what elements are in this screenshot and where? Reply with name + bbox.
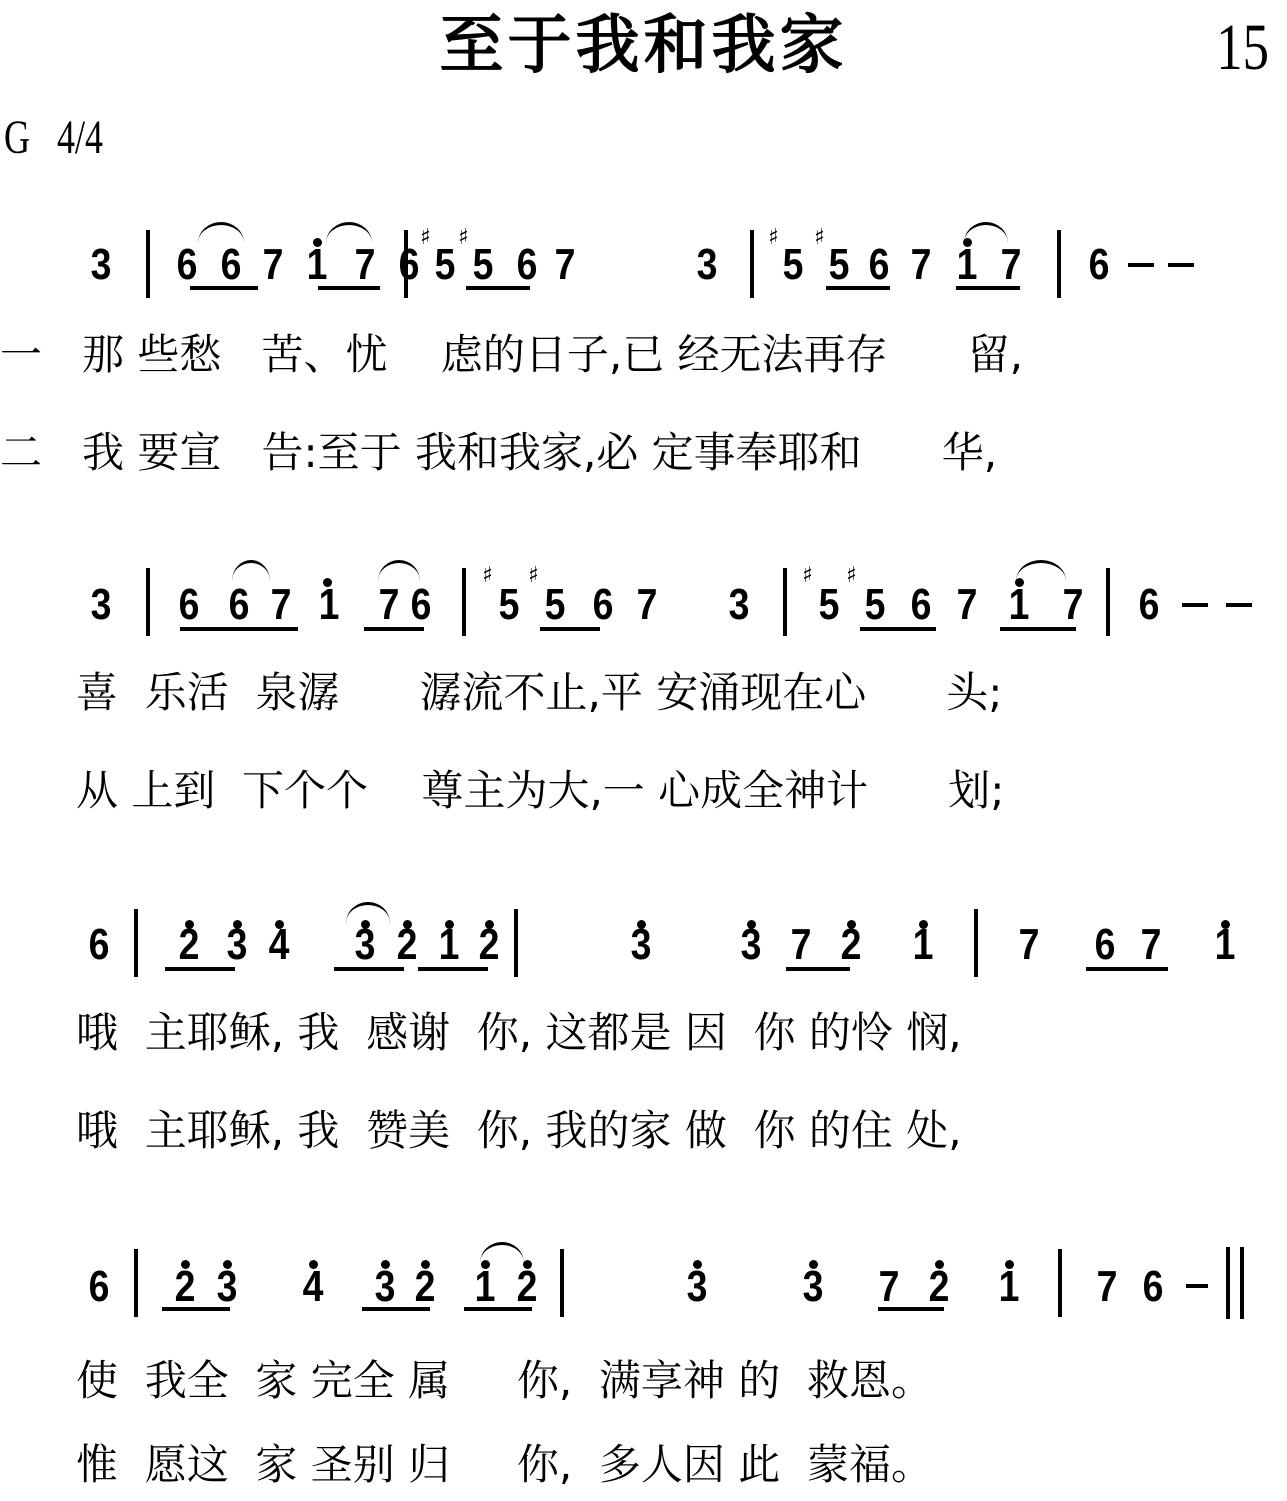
high-dot — [403, 920, 412, 929]
note: 7 — [1093, 1262, 1122, 1312]
note: 6 — [1091, 920, 1120, 970]
lyrics-verse-2: 惟 愿这 家 圣别 归 你, 多人因 此 蒙福。 — [76, 1440, 933, 1490]
underline — [180, 627, 298, 631]
underline — [418, 967, 488, 971]
barline — [1106, 568, 1110, 636]
note: 6 — [865, 240, 894, 290]
sharp-icon: ♯ — [482, 564, 493, 588]
slur — [1016, 560, 1066, 581]
note: 7 — [1059, 580, 1088, 630]
note: 6 — [175, 580, 204, 630]
dash — [1186, 1284, 1208, 1288]
note: 6 — [1085, 240, 1114, 290]
high-dot — [185, 920, 194, 929]
key-time-signature: G 4/4 — [4, 108, 103, 168]
note: 5 — [495, 580, 524, 630]
underline — [466, 286, 530, 290]
high-dot — [935, 1260, 944, 1269]
note: 6 — [85, 920, 114, 970]
note: 5 — [825, 240, 854, 290]
high-dot — [313, 238, 322, 247]
barline — [462, 568, 466, 636]
note: 6 — [589, 580, 618, 630]
note: 5 — [541, 580, 570, 630]
high-dot — [309, 1260, 318, 1269]
note: 7 — [267, 580, 296, 630]
note: 7 — [351, 240, 380, 290]
sharp-icon: ♯ — [802, 564, 813, 588]
note: 5 — [469, 240, 498, 290]
note: 1 — [953, 240, 982, 290]
note: 7 — [633, 580, 662, 630]
underline — [956, 286, 1020, 290]
dash — [1168, 263, 1194, 267]
note: 7 — [953, 580, 982, 630]
note: 3 — [725, 580, 754, 630]
lyrics-verse-2: 二 我 要宣 告:至于 我和我家,必 定事奉耶和 华, — [0, 428, 997, 478]
barline — [974, 909, 978, 977]
slur — [480, 1242, 524, 1263]
lyrics-verse-1: 哦 主耶稣, 我 感谢 你, 这都是 因 你 的怜 悯, — [76, 1008, 962, 1058]
note: 6 — [225, 580, 254, 630]
high-dot — [421, 1260, 430, 1269]
note: 3 — [799, 1262, 828, 1312]
underline — [165, 967, 235, 971]
underline — [464, 1307, 532, 1311]
note: 4 — [299, 1262, 328, 1312]
high-dot — [523, 1260, 532, 1269]
note: 7 — [1137, 920, 1166, 970]
underline — [190, 286, 258, 290]
page-number: 15 — [1216, 8, 1269, 88]
slur — [326, 222, 372, 243]
barline — [146, 568, 150, 636]
sharp-icon: ♯ — [768, 226, 779, 250]
final-barline — [1226, 1247, 1230, 1319]
high-dot — [693, 1260, 702, 1269]
note: 7 — [787, 920, 816, 970]
barline — [750, 230, 754, 298]
underline — [540, 627, 600, 631]
slur — [198, 222, 244, 243]
high-dot — [381, 1260, 390, 1269]
high-dot — [181, 1260, 190, 1269]
sharp-icon: ♯ — [846, 564, 857, 588]
barline — [404, 230, 408, 298]
note: 6 — [1135, 580, 1164, 630]
final-barline — [1240, 1247, 1244, 1319]
barline — [134, 909, 138, 977]
high-dot — [445, 920, 454, 929]
slur — [232, 560, 270, 581]
high-dot — [275, 920, 284, 929]
high-dot — [323, 578, 332, 587]
underline — [1000, 627, 1076, 631]
sharp-icon: ♯ — [420, 226, 431, 250]
note: 3 — [87, 240, 116, 290]
note: 1 — [303, 240, 332, 290]
note: 3 — [213, 1262, 242, 1312]
lyrics-verse-2: 从 上到 下个个 尊主为大,一 心成全神计 划; — [76, 766, 1004, 816]
dash — [1182, 603, 1208, 607]
note: 5 — [861, 580, 890, 630]
dash — [1128, 263, 1154, 267]
note: 6 — [407, 580, 436, 630]
lyrics-verse-1: 使 我全 家 完全 属 你, 满享神 的 救恩。 — [76, 1356, 933, 1406]
note: 6 — [85, 1262, 114, 1312]
key-signature: G — [4, 111, 30, 164]
sharp-icon: ♯ — [458, 226, 469, 250]
slur — [378, 560, 420, 581]
song-title: 至于我和我家 — [0, 6, 1287, 86]
note: 5 — [779, 240, 808, 290]
note: 2 — [411, 1262, 440, 1312]
note: 3 — [371, 1262, 400, 1312]
note: 3 — [693, 240, 722, 290]
note: 7 — [997, 240, 1026, 290]
high-dot — [1005, 1260, 1014, 1269]
note: 7 — [375, 580, 404, 630]
note: 1 — [315, 580, 344, 630]
note: 5 — [431, 240, 460, 290]
underline — [860, 627, 936, 631]
lyrics-verse-2: 哦 主耶稣, 我 赞美 你, 我的家 做 你 的住 处, — [76, 1106, 962, 1156]
note: 7 — [551, 240, 580, 290]
note: 6 — [513, 240, 542, 290]
high-dot — [1221, 920, 1230, 929]
barline — [1057, 230, 1061, 298]
slur — [346, 902, 390, 923]
note: 1 — [1005, 580, 1034, 630]
note: 7 — [259, 240, 288, 290]
note: 7 — [907, 240, 936, 290]
barline — [1058, 1249, 1062, 1317]
underline — [364, 627, 424, 631]
high-dot — [233, 920, 242, 929]
high-dot — [223, 1260, 232, 1269]
sharp-icon: ♯ — [528, 564, 539, 588]
lyrics-verse-1: 一 那 些愁 苦、忧 虑的日子,已 经无法再存 留, — [0, 330, 1023, 380]
high-dot — [485, 920, 494, 929]
note: 1 — [995, 1262, 1024, 1312]
high-dot — [809, 1260, 818, 1269]
note: 7 — [875, 1262, 904, 1312]
note: 7 — [1015, 920, 1044, 970]
barline — [783, 568, 787, 636]
barline — [146, 230, 150, 298]
note: 3 — [683, 1262, 712, 1312]
underline — [786, 967, 850, 971]
note: 2 — [513, 1262, 542, 1312]
note: 3 — [87, 580, 116, 630]
time-signature: 4/4 — [57, 111, 103, 164]
underline — [878, 1307, 944, 1311]
note: 6 — [1139, 1262, 1168, 1312]
lyrics-verse-1: 喜 乐活 泉潺 潺流不止,平 安涌现在心 头; — [76, 668, 1002, 718]
note: 6 — [907, 580, 936, 630]
barline — [134, 1249, 138, 1317]
note: 6 — [217, 240, 246, 290]
barline — [560, 1249, 564, 1317]
underline — [162, 1307, 230, 1311]
high-dot — [919, 920, 928, 929]
note: 1 — [471, 1262, 500, 1312]
high-dot — [637, 920, 646, 929]
underline — [362, 1307, 430, 1311]
barline — [514, 909, 518, 977]
note: 6 — [173, 240, 202, 290]
underline — [826, 286, 890, 290]
underline — [318, 286, 380, 290]
underline — [1086, 967, 1168, 971]
note: 2 — [171, 1262, 200, 1312]
note: 2 — [925, 1262, 954, 1312]
high-dot — [847, 920, 856, 929]
sharp-icon: ♯ — [814, 226, 825, 250]
underline — [334, 967, 404, 971]
dash — [1226, 603, 1252, 607]
high-dot — [747, 920, 756, 929]
note: 5 — [815, 580, 844, 630]
slur — [964, 222, 1008, 243]
